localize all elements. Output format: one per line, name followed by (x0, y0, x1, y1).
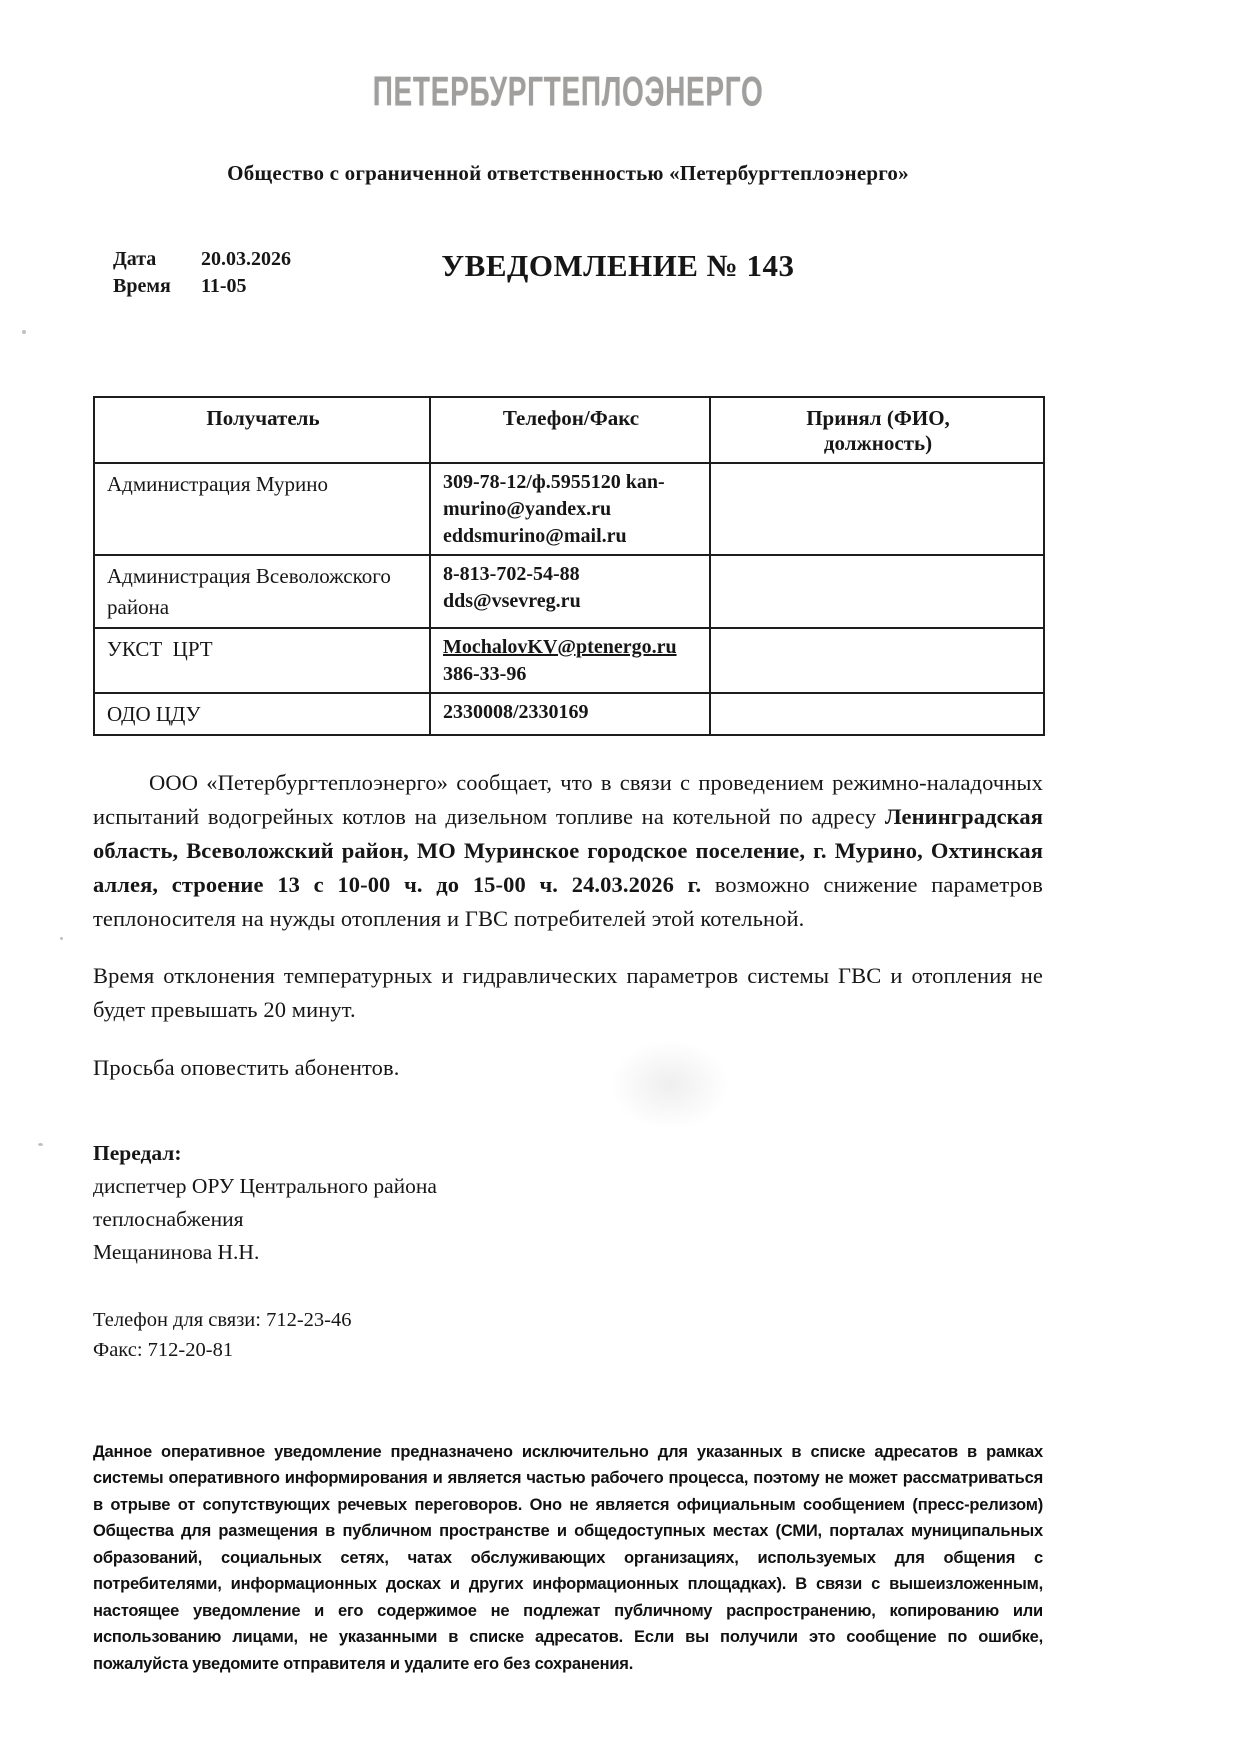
disclaimer-text: Данное оперативное уведомление предназна… (93, 1439, 1043, 1678)
signature-name: Мещанинова Н.Н. (93, 1236, 1043, 1269)
header-received-by-label: Принял (ФИО, должность) (766, 406, 991, 456)
header-recipient: Получатель (94, 397, 430, 463)
contact-line: 309-78-12/ф.5955120 kan- (443, 469, 699, 496)
time-value: 11-05 (201, 273, 247, 300)
contact-cell: 2330008/2330169 (430, 693, 710, 735)
scan-speckle (38, 1143, 43, 1146)
time-row: Время 11-05 (113, 273, 291, 300)
header-recipient-label: Получатель (206, 406, 319, 430)
header-phone-fax: Телефон/Факс (430, 397, 710, 463)
recipient-cell: УКСТ ЦРТ (94, 628, 430, 693)
contact-line: eddsmurino@mail.ru (443, 523, 699, 550)
time-label: Время (113, 273, 201, 300)
scan-speckle (60, 937, 63, 940)
scanned-notification-page: ПЕТЕРБУРГТЕПЛОЭНЕРГО Общество с ограниче… (0, 0, 1240, 1754)
document-body: ПЕТЕРБУРГТЕПЛОЭНЕРГО Общество с ограниче… (93, 0, 1043, 1677)
meta-title-row: Дата 20.03.2026 Время 11-05 УВЕДОМЛЕНИЕ … (93, 246, 1043, 316)
contact-fax-line: Факс: 712-20-81 (93, 1335, 1043, 1365)
recipient-cell: Администрация Мурино (94, 463, 430, 555)
signature-line: диспетчер ОРУ Центрального района (93, 1170, 1043, 1203)
contact-line: 2330008/2330169 (443, 699, 699, 726)
notification-title: УВЕДОМЛЕНИЕ № 143 (343, 248, 893, 284)
received-by-cell (710, 555, 1044, 628)
recipient-cell: ОДО ЦДУ (94, 693, 430, 735)
received-by-cell (710, 693, 1044, 735)
date-label: Дата (113, 246, 201, 273)
header-phone-fax-label: Телефон/Факс (503, 406, 639, 430)
paragraph-duration: Время отклонения температурных и гидравл… (93, 959, 1043, 1027)
contact-cell: MochalovKV@ptenergo.ru 386-33-96 (430, 628, 710, 693)
date-time-block: Дата 20.03.2026 Время 11-05 (113, 246, 291, 300)
paragraph-request: Просьба оповестить абонентов. (93, 1051, 1043, 1085)
contact-line: 386-33-96 (443, 661, 699, 688)
company-logo-text: ПЕТЕРБУРГТЕПЛОЭНЕРГО (373, 69, 764, 116)
email-link-text: MochalovKV@ptenergo.ru (443, 634, 699, 661)
contact-line: dds@vsevreg.ru (443, 588, 699, 615)
contact-line: murino@yandex.ru (443, 496, 699, 523)
contact-phone-line: Телефон для связи: 712-23-46 (93, 1305, 1043, 1335)
signature-block: Передал: диспетчер ОРУ Центрального райо… (93, 1137, 1043, 1269)
company-logo: ПЕТЕРБУРГТЕПЛОЭНЕРГО (93, 70, 1043, 115)
date-row: Дата 20.03.2026 (113, 246, 291, 273)
contact-cell: 309-78-12/ф.5955120 kan- murino@yandex.r… (430, 463, 710, 555)
table-row: ОДО ЦДУ 2330008/2330169 (94, 693, 1044, 735)
received-by-cell (710, 463, 1044, 555)
contact-line: 8-813-702-54-88 (443, 561, 699, 588)
transmitted-by-label: Передал: (93, 1137, 1043, 1170)
contact-block: Телефон для связи: 712-23-46 Факс: 712-2… (93, 1305, 1043, 1365)
table-header-row: Получатель Телефон/Факс Принял (ФИО, дол… (94, 397, 1044, 463)
table-row: Администрация Мурино 309-78-12/ф.5955120… (94, 463, 1044, 555)
table-row: УКСТ ЦРТ MochalovKV@ptenergo.ru 386-33-9… (94, 628, 1044, 693)
table-row: Администрация Всеволожского района 8-813… (94, 555, 1044, 628)
date-value: 20.03.2026 (201, 246, 291, 273)
organization-name: Общество с ограниченной ответственностью… (93, 161, 1043, 186)
recipients-table: Получатель Телефон/Факс Принял (ФИО, дол… (93, 396, 1045, 736)
signature-line: теплоснабжения (93, 1203, 1043, 1236)
header-received-by: Принял (ФИО, должность) (710, 397, 1044, 463)
received-by-cell (710, 628, 1044, 693)
scan-speckle (22, 330, 26, 334)
recipient-cell: Администрация Всеволожского района (94, 555, 430, 628)
paragraph-main: ООО «Петербургтеплоэнерго» сообщает, что… (93, 766, 1043, 936)
contact-cell: 8-813-702-54-88 dds@vsevreg.ru (430, 555, 710, 628)
